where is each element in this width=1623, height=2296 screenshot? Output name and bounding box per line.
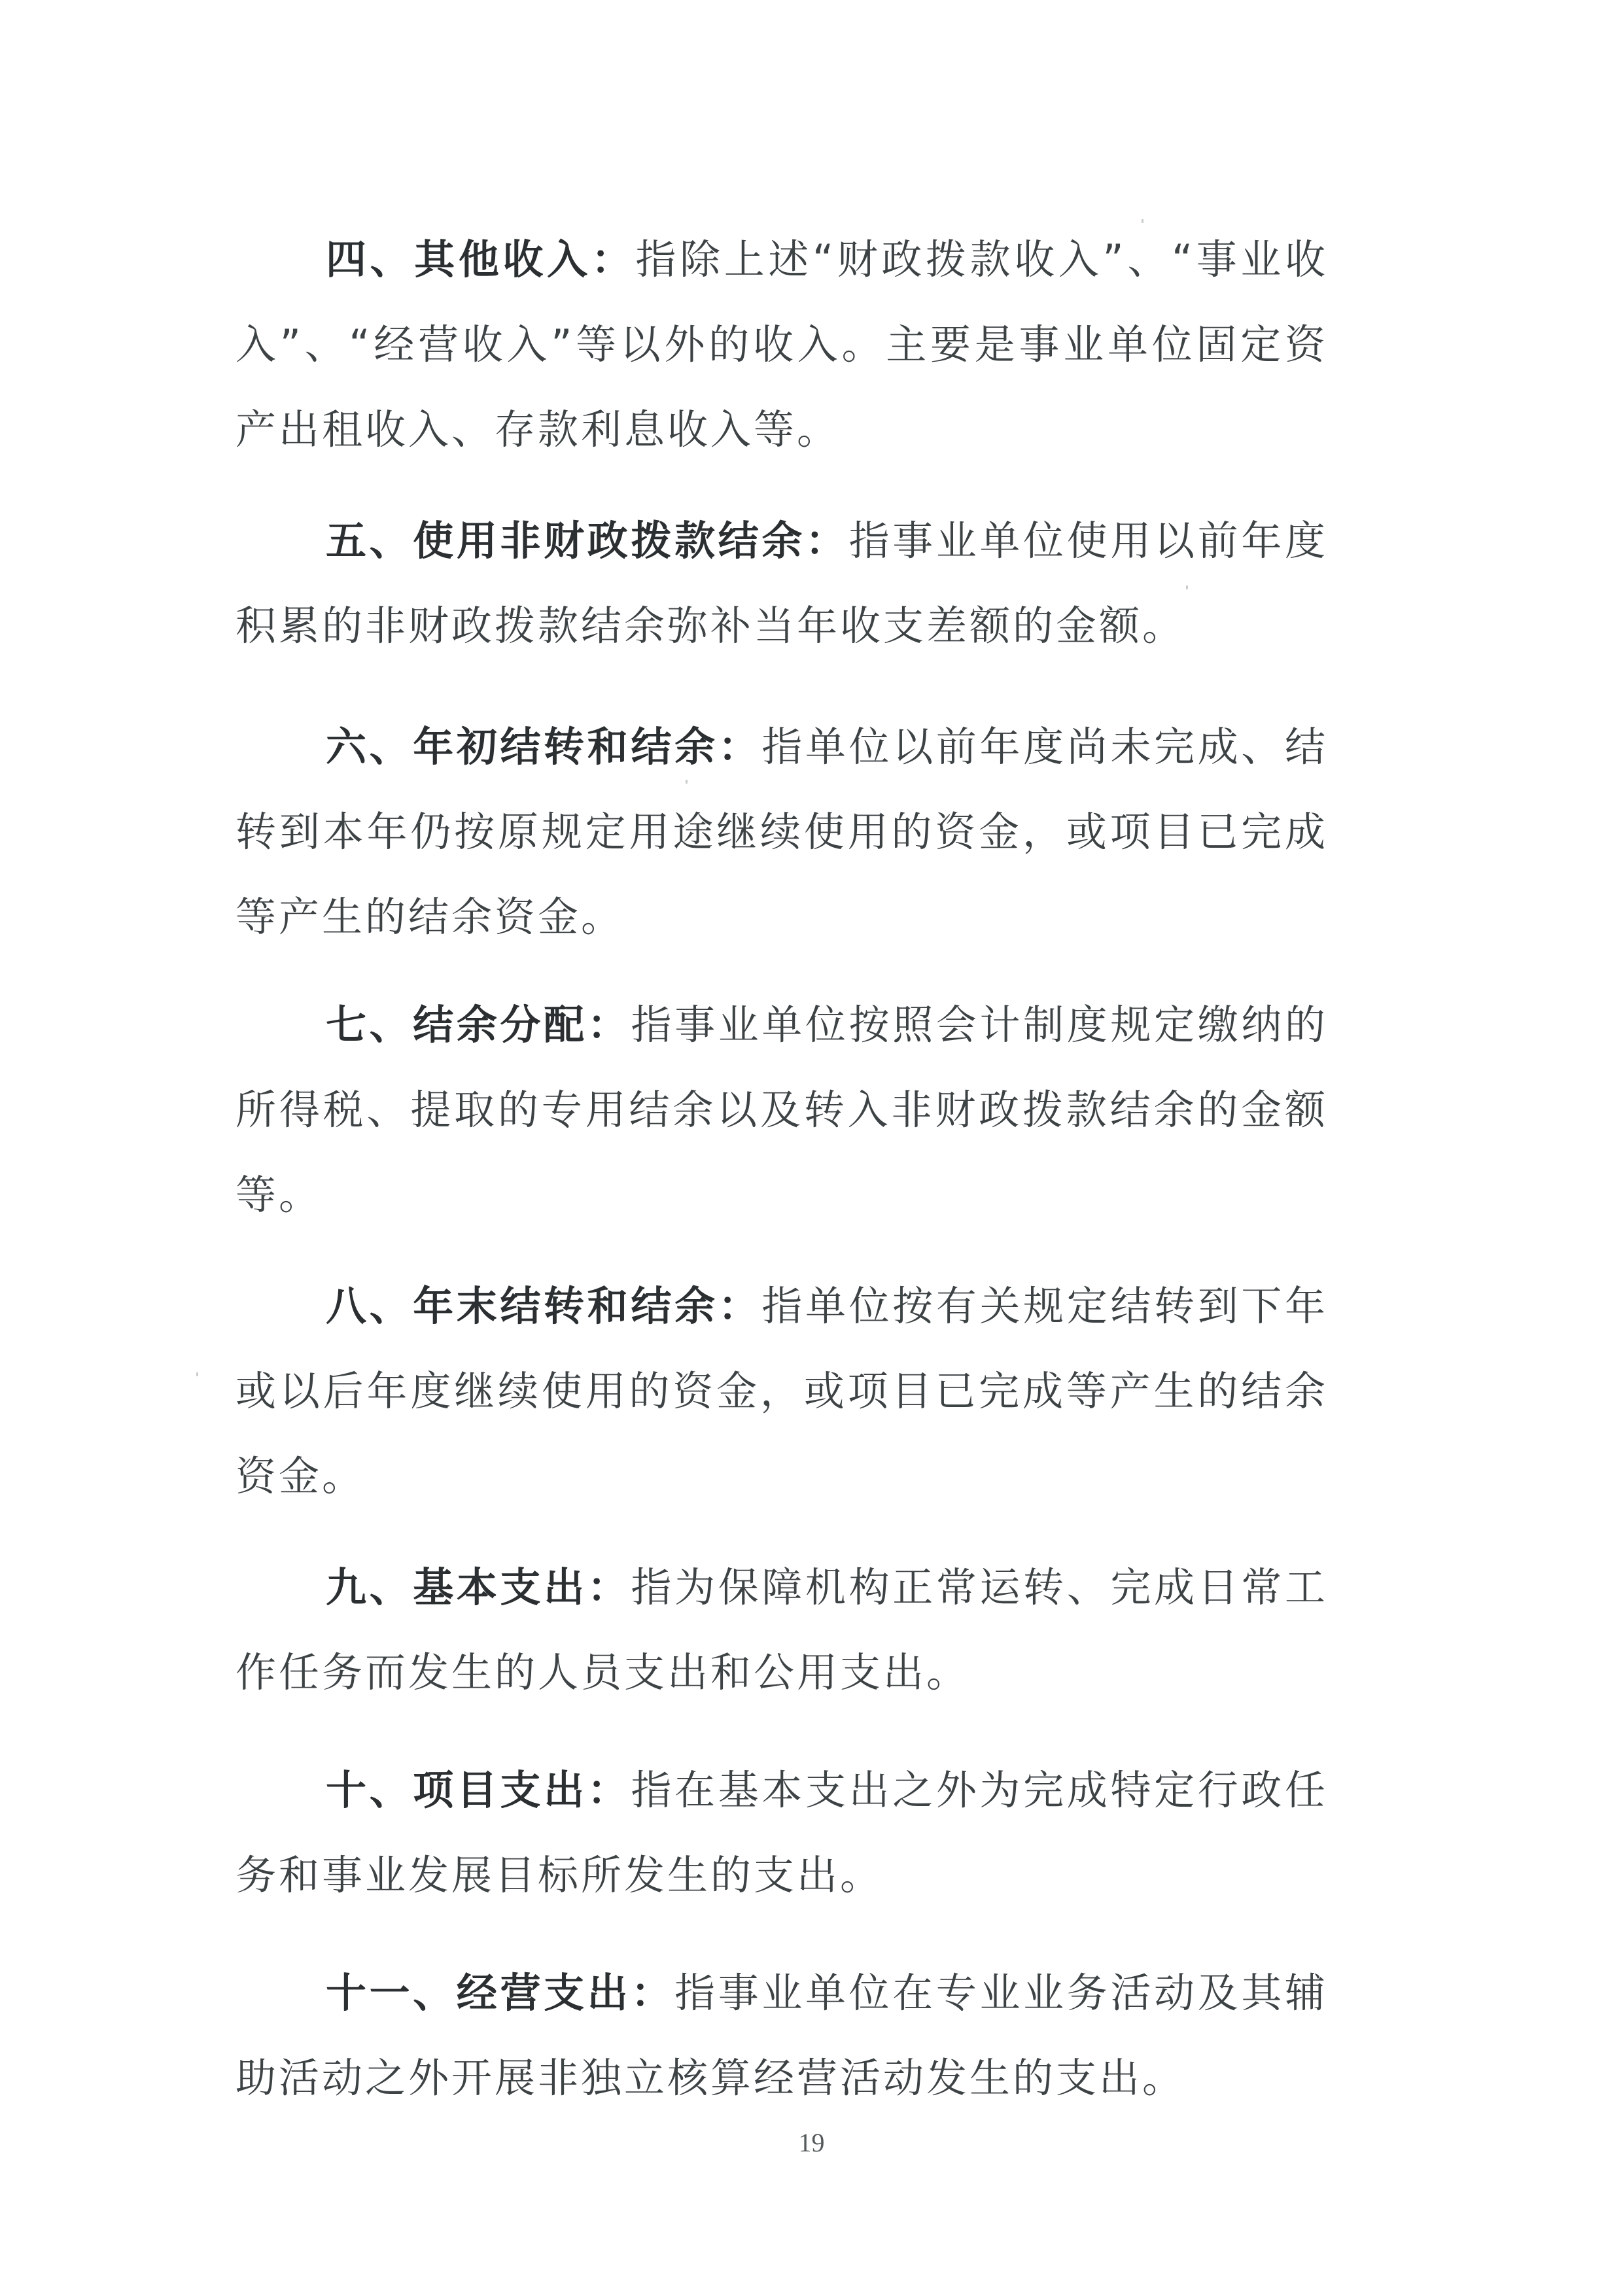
scan-speck <box>1142 219 1143 223</box>
paragraph-use-of-non-fiscal-surplus: 五、使用非财政拨款结余：指事业单位使用以前年度积累的非财政拨款结余弥补当年收支差… <box>236 498 1328 669</box>
paragraph-closing-carryover: 八、年末结转和结余：指单位按有关规定结转到下年或以后年度继续使用的资金，或项目已… <box>236 1264 1328 1519</box>
paragraph-surplus-distribution: 七、结余分配：指事业单位按照会计制度规定缴纳的所得税、提取的专用结余以及转入非财… <box>236 983 1328 1238</box>
term-heading: 八、年末结转和结余： <box>326 1282 761 1330</box>
scan-speck <box>686 780 688 784</box>
scan-speck <box>196 1372 198 1376</box>
term-heading: 九、基本支出： <box>326 1563 631 1611</box>
term-heading: 四、其他收入： <box>326 235 635 283</box>
paragraph-operating-expenditure: 十一、经营支出：指事业单位在专业业务活动及其辅助活动之外开展非独立核算经营活动发… <box>236 1951 1328 2121</box>
paragraph-other-income: 四、其他收入：指除上述“财政拨款收入”、“事业收入”、“经营收入”等以外的收入。… <box>236 217 1328 472</box>
term-heading: 十一、经营支出： <box>326 1969 674 2017</box>
document-page: 四、其他收入：指除上述“财政拨款收入”、“事业收入”、“经营收入”等以外的收入。… <box>0 0 1623 2296</box>
paragraph-project-expenditure: 十、项目支出：指在基本支出之外为完成特定行政任务和事业发展目标所发生的支出。 <box>236 1748 1328 1918</box>
term-heading: 七、结余分配： <box>326 1001 631 1049</box>
term-heading: 五、使用非财政拨款结余： <box>326 517 849 565</box>
paragraph-basic-expenditure: 九、基本支出：指为保障机构正常运转、完成日常工作任务而发生的人员支出和公用支出。 <box>236 1545 1328 1715</box>
scan-speck <box>1186 585 1188 589</box>
term-heading: 六、年初结转和结余： <box>326 723 761 771</box>
page-number: 19 <box>0 2127 1623 2158</box>
paragraph-opening-carryover: 六、年初结转和结余：指单位以前年度尚未完成、结转到本年仍按原规定用途继续使用的资… <box>236 704 1328 960</box>
term-heading: 十、项目支出： <box>326 1766 631 1814</box>
